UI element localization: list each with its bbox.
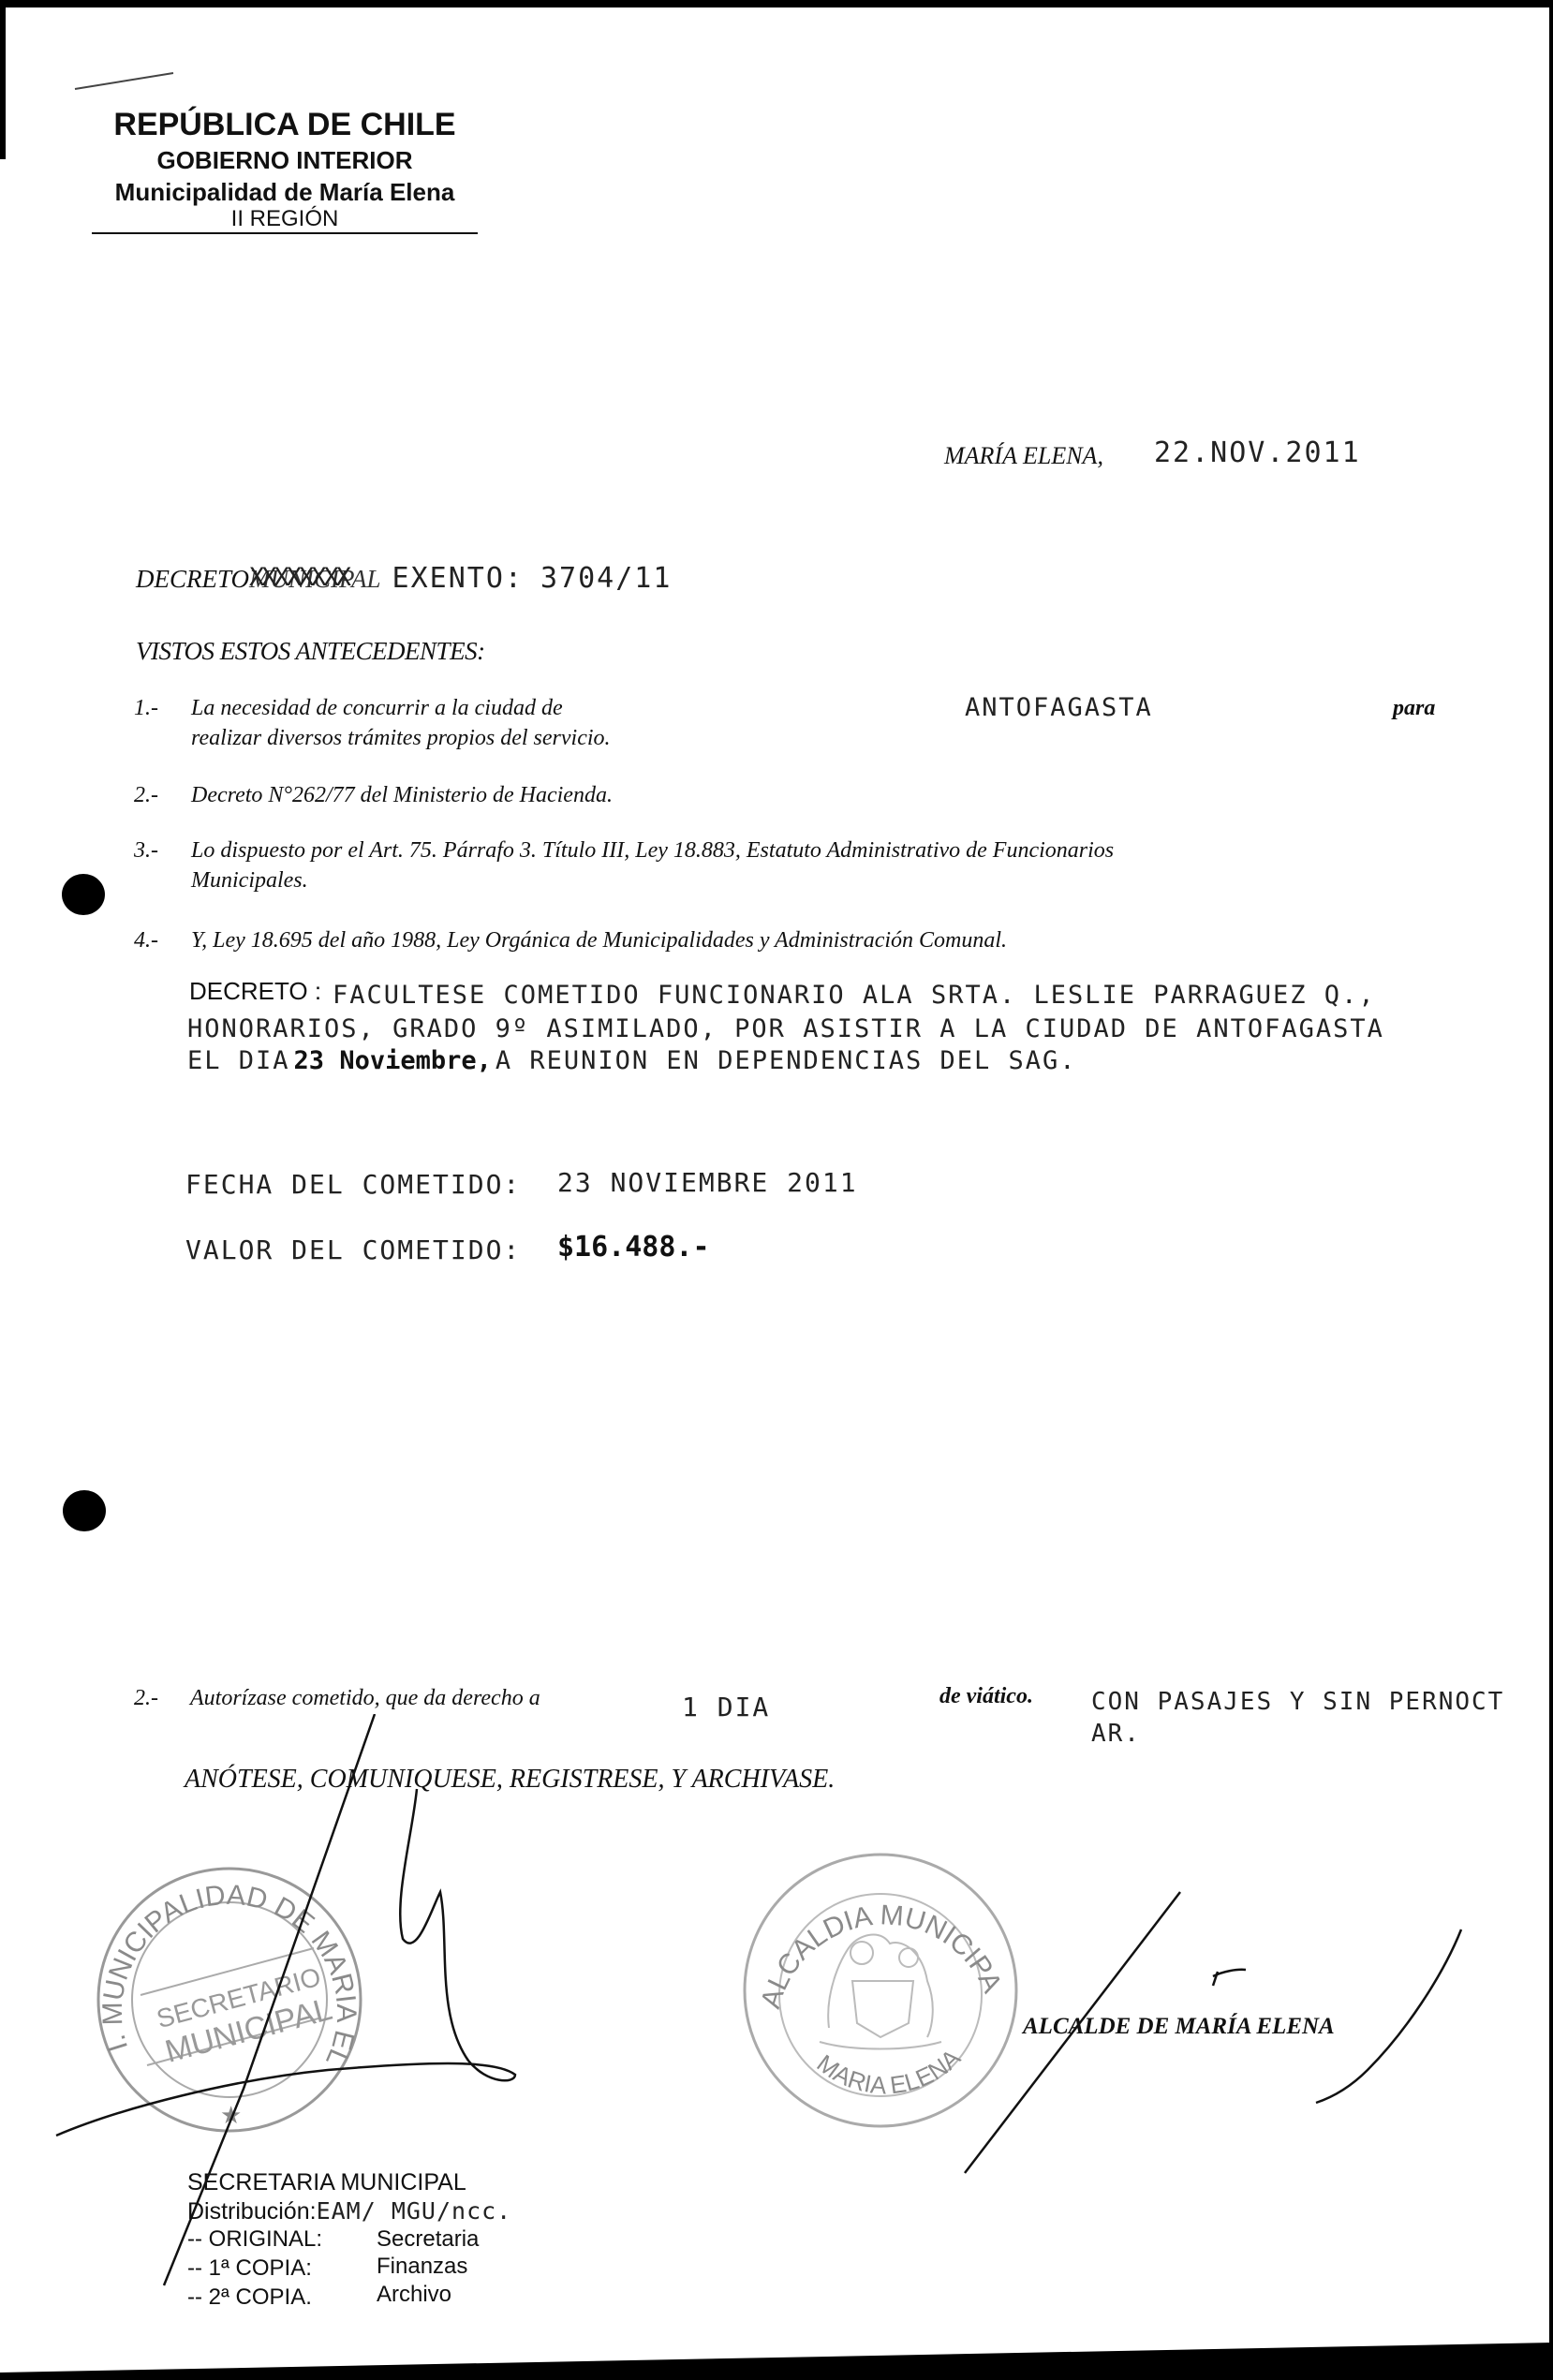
- autorizacion-viatico: de viático.: [939, 1684, 1033, 1709]
- copy-1-dest: Finanzas: [377, 2254, 467, 2280]
- antecedente-3-number: 3.-: [134, 838, 158, 864]
- valor-cometido-label: VALOR DEL COMETIDO:: [185, 1234, 521, 1265]
- footer-distribucion: Distribución:EAM/ MGU/ncc.: [187, 2197, 511, 2225]
- decree-prefix: DECRETO: [136, 565, 249, 593]
- decreto-line-1: FACULTESE COMETIDO FUNCIONARIO ALA SRTA.…: [333, 981, 1376, 1010]
- antecedente-1-text-line2: realizar diversos trámites propios del s…: [191, 726, 611, 751]
- distribucion-label: Distribución:: [187, 2198, 317, 2225]
- copy-2-dest: Archivo: [377, 2282, 451, 2308]
- footer-title: SECRETARIA MUNICIPAL: [187, 2169, 466, 2196]
- antecedente-2-text: Decreto N°262/77 del Ministerio de Hacie…: [191, 783, 613, 808]
- scan-border-left: [0, 0, 6, 159]
- autorizacion-days: 1 DIA: [682, 1692, 770, 1722]
- antecedente-2-number: 2.-: [134, 783, 158, 808]
- antecedente-3-text-line2: Municipales.: [191, 868, 308, 894]
- valor-cometido-value: $16.488.-: [557, 1231, 710, 1264]
- vistos-heading: VISTOS ESTOS ANTECEDENTES:: [136, 637, 485, 666]
- autorizacion-text: Autorízase cometido, que da derecho a: [190, 1686, 540, 1711]
- coat-of-arms-icon: [820, 1935, 941, 2049]
- date-value: 22.NOV.2011: [1154, 436, 1361, 469]
- antecedente-1-tail: para: [1393, 696, 1435, 721]
- antecedente-1-number: 1.-: [134, 696, 158, 721]
- autorizacion-note-line-2: AR.: [1091, 1720, 1141, 1748]
- antecedente-4-number: 4.-: [134, 928, 158, 953]
- antecedente-4-text: Y, Ley 18.695 del año 1988, Ley Orgánica…: [191, 928, 1007, 953]
- punch-hole-icon: [63, 1490, 106, 1531]
- pen-mark-icon: [70, 66, 183, 94]
- decreto-line-2: HONORARIOS, GRADO 9º ASIMILADO, POR ASIS…: [187, 1014, 1384, 1043]
- scan-border-right: [1549, 0, 1553, 2380]
- decreto-line-3-prefix: EL DIA: [187, 1046, 290, 1075]
- scan-border-bottom: [0, 2343, 1553, 2380]
- decreto-label: DECRETO :: [189, 977, 321, 1006]
- copy-1-label: -- 1ª COPIA:: [187, 2255, 312, 2282]
- header-country: REPÚBLICA DE CHILE: [92, 107, 478, 143]
- decreto-line-3-date: 23 Noviembre,: [294, 1046, 492, 1075]
- decreto-line-3: EL DIA 23 Noviembre, A REUNION EN DEPEND…: [187, 1046, 1077, 1075]
- header-divider: [92, 232, 478, 234]
- header-municipality: Municipalidad de María Elena: [92, 178, 478, 207]
- antecedente-3-text: Lo dispuesto por el Art. 75. Párrafo 3. …: [191, 838, 1114, 864]
- header-government: GOBIERNO INTERIOR: [92, 146, 478, 175]
- punch-hole-icon: [62, 874, 105, 915]
- copy-original-label: -- ORIGINAL:: [187, 2226, 322, 2253]
- antecedente-1-city: ANTOFAGASTA: [965, 693, 1153, 722]
- fecha-cometido-value: 23 NOVIEMBRE 2011: [557, 1167, 858, 1198]
- copy-2-label: -- 2ª COPIA.: [187, 2284, 312, 2311]
- alcalde-label: ALCALDE DE MARÍA ELENA: [1023, 2014, 1335, 2040]
- decree-title: DECRETO MUNICIPAL XXXXXXXX EXENTO: 3704/…: [136, 562, 672, 595]
- header-region: II REGIÓN: [92, 206, 478, 232]
- copy-original-dest: Secretaria: [377, 2226, 479, 2253]
- decree-number: 3704/11: [540, 562, 672, 595]
- autorizacion-number: 2.-: [134, 1686, 158, 1711]
- antecedente-1-text: La necesidad de concurrir a la ciudad de: [191, 696, 563, 721]
- svg-text:MARIA ELENA: MARIA ELENA: [812, 2043, 967, 2099]
- distribucion-value: EAM/ MGU/ncc.: [317, 2197, 512, 2225]
- date-place: MARÍA ELENA,: [944, 442, 1103, 470]
- autorizacion-note-line-1: CON PASAJES Y SIN PERNOCT: [1091, 1688, 1504, 1716]
- decreto-line-3-suffix: A REUNION EN DEPENDENCIAS DEL SAG.: [495, 1046, 1077, 1075]
- decree-strikeover: XXXXXXXX: [249, 563, 348, 592]
- decree-type: EXENTO:: [392, 562, 524, 595]
- scan-border-top: [0, 0, 1553, 7]
- fecha-cometido-label: FECHA DEL COMETIDO:: [185, 1169, 521, 1200]
